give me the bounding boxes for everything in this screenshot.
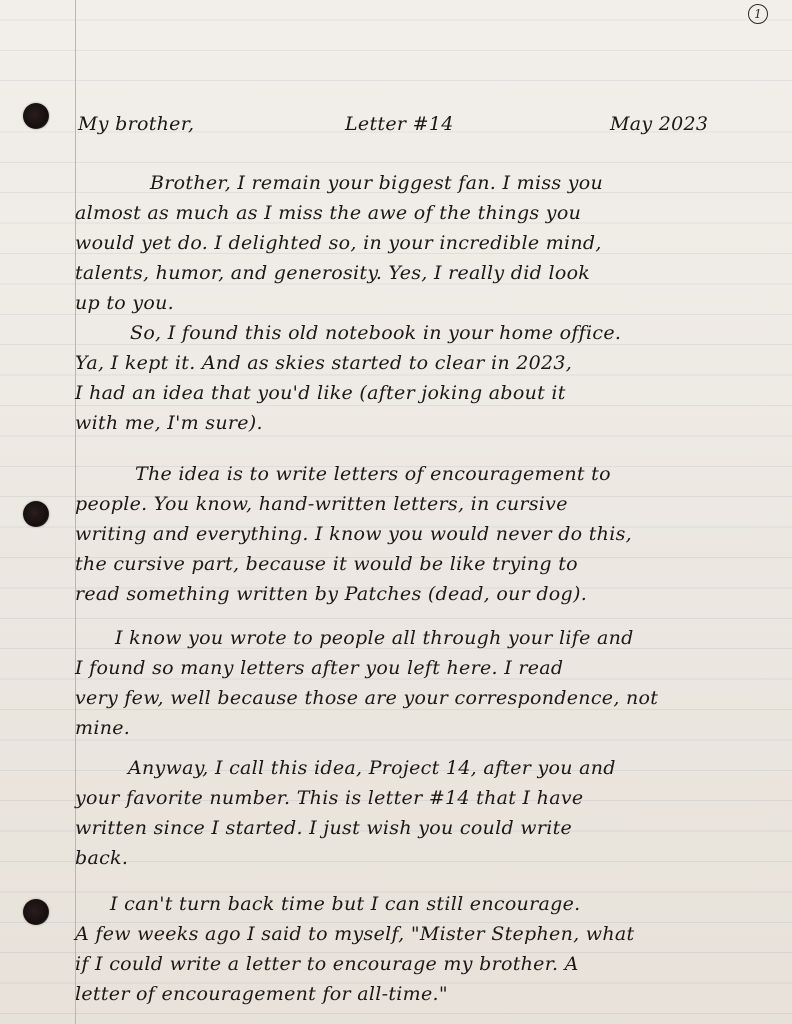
text-line: I know you wrote to people all through y… bbox=[115, 627, 634, 649]
notebook-page: 1 My brother, Letter #14 May 2023 Brothe… bbox=[0, 0, 792, 1024]
text-line: your favorite number. This is letter #14… bbox=[75, 787, 583, 809]
text-line: read something written by Patches (dead,… bbox=[75, 583, 587, 605]
text-line: Brother, I remain your biggest fan. I mi… bbox=[150, 172, 603, 194]
text-line: if I could write a letter to encourage m… bbox=[75, 953, 579, 975]
text-line: Ya, I kept it. And as skies started to c… bbox=[75, 352, 572, 374]
text-line: would yet do. I delighted so, in your in… bbox=[75, 232, 602, 254]
text-line: A few weeks ago I said to myself, "Miste… bbox=[75, 923, 634, 945]
text-line: people. You know, hand-written letters, … bbox=[75, 493, 568, 515]
text-line: I can't turn back time but I can still e… bbox=[110, 893, 580, 915]
text-line: writing and everything. I know you would… bbox=[75, 523, 632, 545]
text-line: The idea is to write letters of encourag… bbox=[135, 463, 611, 485]
text-line: mine. bbox=[75, 717, 130, 739]
text-line: almost as much as I miss the awe of the … bbox=[75, 202, 581, 224]
page-number: 1 bbox=[748, 4, 768, 24]
text-line: up to you. bbox=[75, 292, 174, 314]
text-line: very few, well because those are your co… bbox=[75, 687, 658, 709]
letter-number: Letter #14 bbox=[345, 113, 454, 135]
binder-hole-bottom bbox=[23, 899, 49, 925]
text-line: back. bbox=[75, 847, 128, 869]
text-line: I found so many letters after you left h… bbox=[75, 657, 563, 679]
text-line: So, I found this old notebook in your ho… bbox=[130, 322, 621, 344]
text-line: I had an idea that you'd like (after jok… bbox=[75, 382, 566, 404]
text-line: written since I started. I just wish you… bbox=[75, 817, 572, 839]
text-line: Anyway, I call this idea, Project 14, af… bbox=[128, 757, 616, 779]
binder-hole-top bbox=[23, 103, 49, 129]
salutation: My brother, bbox=[78, 113, 194, 135]
text-line: letter of encouragement for all-time." bbox=[75, 983, 448, 1005]
text-line: the cursive part, because it would be li… bbox=[75, 553, 578, 575]
text-line: talents, humor, and generosity. Yes, I r… bbox=[75, 262, 590, 284]
binder-hole-middle bbox=[23, 501, 49, 527]
text-line: with me, I'm sure). bbox=[75, 412, 263, 434]
letter-date: May 2023 bbox=[610, 113, 708, 135]
